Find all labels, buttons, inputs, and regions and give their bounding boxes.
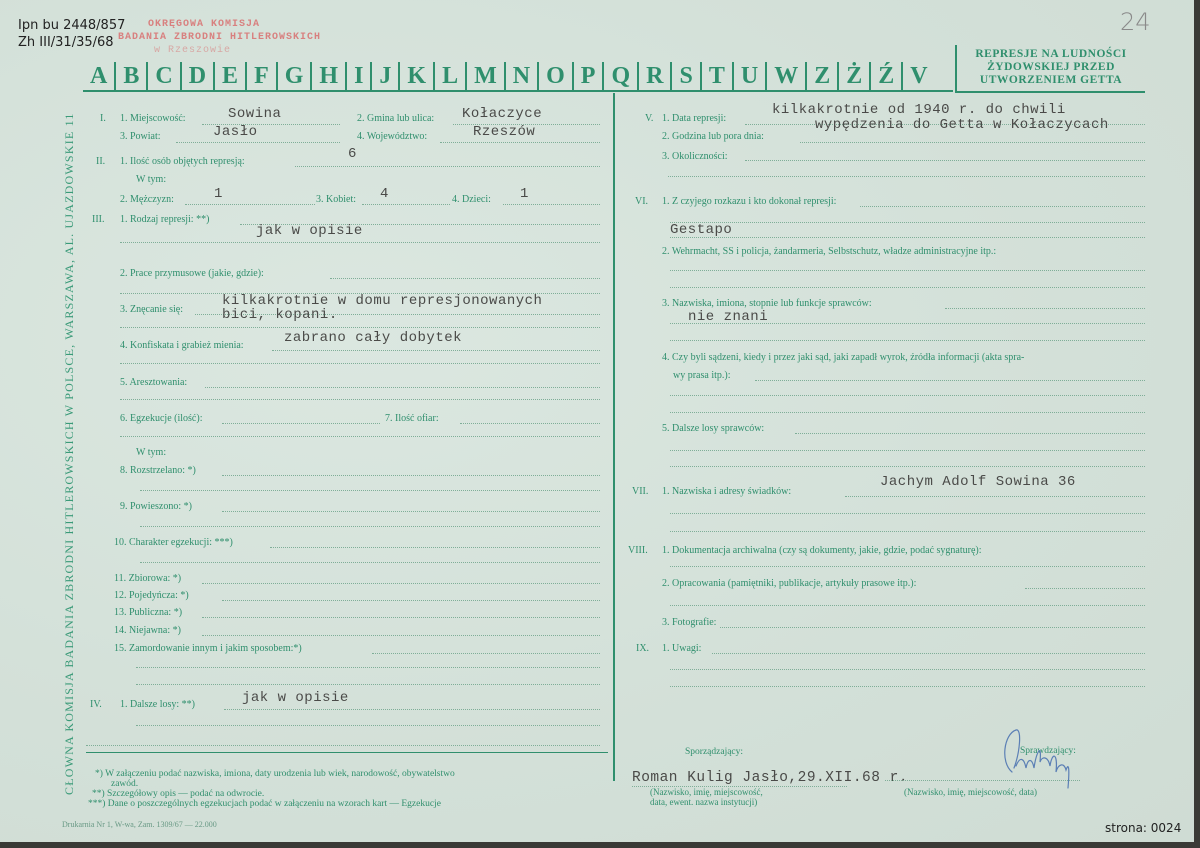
label-miejscowosc: 1. Miejscowość: bbox=[120, 113, 186, 124]
fill-line bbox=[745, 160, 1145, 161]
section-roman-v: V. bbox=[645, 113, 653, 124]
fill-line bbox=[120, 399, 600, 400]
field-kobiet[interactable]: 4 bbox=[380, 186, 389, 202]
hint-sporzadzajacy-2: data, ewent. nazwa instytucji) bbox=[650, 797, 757, 807]
fill-line bbox=[222, 423, 380, 424]
fill-line bbox=[1025, 588, 1145, 589]
section-roman-viii: VIII. bbox=[628, 545, 648, 556]
letter: L bbox=[435, 62, 467, 90]
label-powieszono: 9. Powieszono: *) bbox=[120, 501, 192, 512]
letter: U bbox=[734, 62, 767, 90]
fill-line bbox=[668, 176, 1145, 177]
fill-line bbox=[136, 684, 600, 685]
fill-line bbox=[945, 308, 1145, 309]
label-dalsze-losy: 1. Dalsze losy: **) bbox=[120, 699, 195, 710]
fill-line bbox=[670, 450, 1145, 451]
label-kobiet: 3. Kobiet: bbox=[316, 194, 356, 205]
archive-ids: Ipn bu 2448/857 Zh III/31/35/68 bbox=[18, 17, 125, 51]
letter: J bbox=[372, 62, 400, 90]
letter: N bbox=[506, 62, 539, 90]
label-w-tym-2: W tym: bbox=[136, 447, 166, 458]
letter: C bbox=[148, 62, 181, 90]
fill-line bbox=[845, 496, 1145, 497]
field-sporzadzajacy[interactable]: Roman Kulig Jasło,29.XII.68 r. bbox=[632, 770, 908, 786]
field-swiadkowie[interactable]: Jachym Adolf Sowina 36 bbox=[880, 474, 1076, 490]
label-sadzeni-2: wy prasa itp.): bbox=[673, 370, 731, 381]
section-roman-vi: VI. bbox=[635, 196, 648, 207]
label-dokumentacja: 1. Dokumentacja archiwalna (czy są dokum… bbox=[662, 545, 982, 556]
label-znecanie: 3. Znęcanie się: bbox=[120, 304, 183, 315]
letter: O bbox=[539, 62, 574, 90]
section-roman-ii: II. bbox=[96, 156, 105, 167]
letter: R bbox=[639, 62, 672, 90]
field-mezczyzn[interactable]: 1 bbox=[214, 186, 223, 202]
hint-sporzadzajacy-1: (Nazwisko, imię, miejscowość, bbox=[650, 787, 763, 797]
field-powiat[interactable]: Jasło bbox=[213, 124, 258, 140]
publisher-vertical-text: CŁOWNA KOMISJA BADANIA ZBRODNI HITLEROWS… bbox=[62, 95, 77, 795]
printer-info: Drukarnia Nr 1, W-wa, Zam. 1309/67 — 22.… bbox=[62, 820, 217, 829]
label-zbiorowa: 11. Zbiorowa: *) bbox=[114, 573, 181, 584]
label-zamordowanie: 15. Zamordowanie innym i jakim sposobem:… bbox=[114, 643, 302, 654]
letter: Q bbox=[604, 62, 639, 90]
letter: K bbox=[400, 62, 435, 90]
label-godzina: 2. Godzina lub pora dnia: bbox=[662, 131, 764, 142]
field-rodzaj-represji[interactable]: jak w opisie bbox=[256, 223, 363, 239]
label-ilosc-ofiar: 7. Ilość ofiar: bbox=[385, 413, 439, 424]
fill-line bbox=[795, 433, 1145, 434]
label-prace-przymusowe: 2. Prace przymusowe (jakie, gdzie): bbox=[120, 268, 264, 279]
section-rule bbox=[86, 752, 608, 753]
field-ilosc-osob[interactable]: 6 bbox=[348, 146, 357, 162]
title-line-1: REPRESJE NA LUDNOŚCI bbox=[957, 48, 1145, 61]
fill-line bbox=[670, 513, 1145, 514]
archive-id-2: Zh III/31/35/68 bbox=[18, 34, 125, 51]
fill-line bbox=[860, 206, 1145, 207]
letter: Ź bbox=[871, 62, 903, 90]
fill-line bbox=[222, 475, 600, 476]
label-dzieci: 4. Dzieci: bbox=[452, 194, 491, 205]
field-dalsze-losy[interactable]: jak w opisie bbox=[242, 690, 349, 706]
fill-line bbox=[670, 412, 1145, 413]
label-swiadkowie: 1. Nazwiska i adresy świadków: bbox=[662, 486, 791, 497]
letter: A bbox=[83, 62, 116, 90]
letter: Ż bbox=[839, 62, 871, 90]
label-konfiskata: 4. Konfiskata i grabież mienia: bbox=[120, 340, 244, 351]
fill-line bbox=[460, 423, 600, 424]
field-z-czyjego-rozkazu[interactable]: Gestapo bbox=[670, 222, 732, 238]
fill-line bbox=[202, 635, 600, 636]
letter: E bbox=[215, 62, 247, 90]
label-sporzadzajacy: Sporządzający: bbox=[685, 747, 743, 757]
label-w-tym: W tym: bbox=[136, 174, 166, 185]
field-godzina[interactable]: wypędzenia do Getta w Kołaczycach bbox=[815, 117, 1109, 133]
handwritten-page-number: 24 bbox=[1120, 8, 1151, 36]
fill-line bbox=[670, 669, 1145, 670]
fill-line bbox=[120, 327, 600, 328]
field-dzieci[interactable]: 1 bbox=[520, 186, 529, 202]
footnote-1: *) W załączeniu podać nazwiska, imiona, … bbox=[95, 769, 455, 779]
fill-line bbox=[140, 526, 600, 527]
label-opracowania: 2. Opracowania (pamiętniki, publikacje, … bbox=[662, 578, 916, 589]
handwritten-signature bbox=[990, 722, 1080, 792]
label-dalsze-losy-sprawcow: 5. Dalsze losy sprawców: bbox=[662, 423, 764, 434]
fill-line bbox=[136, 667, 600, 668]
title-line-2: ŻYDOWSKIEJ PRZED bbox=[957, 61, 1145, 74]
fill-line bbox=[185, 204, 315, 205]
fill-line bbox=[800, 142, 1145, 143]
section-roman-i: I. bbox=[100, 113, 106, 124]
label-ilosc-osob: 1. Ilość osób objętych represją: bbox=[120, 156, 245, 167]
section-roman-iv: IV. bbox=[90, 699, 102, 710]
fill-line bbox=[755, 380, 1145, 381]
fill-line bbox=[140, 490, 600, 491]
footnote-2: **) Szczegółowy opis — podać na odwrocie… bbox=[92, 789, 264, 799]
field-konfiskata[interactable]: zabrano cały dobytek bbox=[284, 330, 462, 346]
section-roman-iii: III. bbox=[92, 214, 105, 225]
label-powiat: 3. Powiat: bbox=[120, 131, 161, 142]
field-gmina[interactable]: Kołaczyce bbox=[462, 106, 542, 122]
letter: H bbox=[312, 62, 347, 90]
fill-line bbox=[440, 142, 600, 143]
fill-line bbox=[670, 686, 1145, 687]
fill-line bbox=[670, 222, 1145, 223]
fill-line bbox=[272, 350, 600, 351]
letter: T bbox=[702, 62, 734, 90]
label-publiczna: 13. Publiczna: *) bbox=[114, 607, 182, 618]
stamp-line-1: OKRĘGOWA KOMISJA bbox=[118, 18, 321, 31]
fill-line bbox=[295, 166, 600, 167]
form-title: REPRESJE NA LUDNOŚCI ŻYDOWSKIEJ PRZED UT… bbox=[955, 45, 1145, 93]
label-z-czyjego-rozkazu: 1. Z czyjego rozkazu i kto dokonał repre… bbox=[662, 196, 836, 207]
fill-line bbox=[712, 653, 1145, 654]
letter: P bbox=[574, 62, 605, 90]
fill-line bbox=[330, 278, 600, 279]
fill-line bbox=[670, 340, 1145, 341]
title-line-3: UTWORZENIEM GETTA bbox=[957, 74, 1145, 87]
fill-line bbox=[176, 142, 340, 143]
fill-line bbox=[136, 725, 600, 726]
stamp-line-3: w Rzeszowie bbox=[118, 44, 321, 57]
letter: V bbox=[903, 62, 934, 90]
letter: D bbox=[182, 62, 215, 90]
label-egzekucje: 6. Egzekucje (ilość): bbox=[120, 413, 202, 424]
footnote-1-cont: zawód. bbox=[111, 779, 138, 789]
label-nazwiska-sprawcow: 3. Nazwiska, imiona, stopnie lub funkcje… bbox=[662, 298, 872, 309]
letter: M bbox=[467, 62, 506, 90]
fill-line bbox=[140, 562, 600, 563]
archive-id-1: Ipn bu 2448/857 bbox=[18, 17, 125, 34]
fill-line bbox=[670, 566, 1145, 567]
fill-line bbox=[670, 531, 1145, 532]
label-data-represji: 1. Data represji: bbox=[662, 113, 726, 124]
field-data-represji[interactable]: kilkakrotnie od 1940 r. do chwili bbox=[772, 102, 1066, 118]
fill-line bbox=[670, 323, 1145, 324]
fill-line bbox=[120, 363, 600, 364]
label-wojewodztwo: 4. Województwo: bbox=[357, 131, 427, 142]
fill-line bbox=[362, 204, 450, 205]
fill-line bbox=[120, 436, 600, 437]
label-niejawna: 14. Niejawna: *) bbox=[114, 625, 181, 636]
label-sadzeni-1: 4. Czy byli sądzeni, kiedy i przez jaki … bbox=[662, 352, 1024, 363]
letter: B bbox=[116, 62, 148, 90]
alphabet-index: A B C D E F G H I J K L M N O P Q R S T … bbox=[83, 60, 953, 92]
label-okolicznosci: 3. Okoliczności: bbox=[662, 151, 728, 162]
fill-line bbox=[670, 287, 1145, 288]
letter: W bbox=[767, 62, 807, 90]
fill-line bbox=[670, 605, 1145, 606]
fill-line bbox=[503, 204, 600, 205]
letter: F bbox=[247, 62, 278, 90]
label-charakter-egzekucji: 10. Charakter egzekucji: ***) bbox=[114, 537, 233, 548]
label-gmina: 2. Gmina lub ulica: bbox=[357, 113, 434, 124]
letter: Z bbox=[807, 62, 839, 90]
footnote-3: ***) Dane o poszczególnych egzekucjach p… bbox=[88, 799, 441, 809]
fill-line bbox=[202, 583, 600, 584]
fill-line bbox=[202, 617, 600, 618]
document-page: Ipn bu 2448/857 Zh III/31/35/68 OKRĘGOWA… bbox=[0, 0, 1194, 842]
column-divider bbox=[613, 93, 615, 781]
label-pojedyncza: 12. Pojedyńcza: *) bbox=[114, 590, 189, 601]
letter: I bbox=[347, 62, 372, 90]
label-uwagi: 1. Uwagi: bbox=[662, 643, 701, 654]
letter: S bbox=[672, 62, 701, 90]
fill-line bbox=[670, 466, 1145, 467]
stamp-line-2: BADANIA ZBRODNI HITLEROWSKICH bbox=[118, 31, 321, 44]
label-aresztowania: 5. Aresztowania: bbox=[120, 377, 187, 388]
section-roman-ix: IX. bbox=[636, 643, 649, 654]
letter: G bbox=[278, 62, 313, 90]
commission-stamp: OKRĘGOWA KOMISJA BADANIA ZBRODNI HITLERO… bbox=[118, 18, 321, 57]
fill-line bbox=[670, 237, 1145, 238]
fill-line bbox=[270, 547, 600, 548]
fill-line bbox=[670, 270, 1145, 271]
fill-line bbox=[222, 600, 600, 601]
field-znecanie-line2[interactable]: bici, kopani. bbox=[222, 307, 338, 323]
label-fotografie: 3. Fotografie: bbox=[662, 617, 716, 628]
fill-line bbox=[670, 395, 1145, 396]
section-roman-vii: VII. bbox=[632, 486, 648, 497]
fill-line bbox=[222, 511, 600, 512]
page-label: strona: 0024 bbox=[1105, 821, 1181, 835]
fill-line bbox=[224, 709, 600, 710]
label-rodzaj-represji: 1. Rodzaj represji: **) bbox=[120, 214, 209, 225]
fill-line bbox=[120, 242, 600, 243]
label-mezczyzn: 2. Mężczyzn: bbox=[120, 194, 174, 205]
fill-line bbox=[720, 627, 1145, 628]
field-miejscowosc[interactable]: Sowina bbox=[228, 106, 281, 122]
fill-line bbox=[372, 653, 600, 654]
fill-line bbox=[86, 745, 600, 746]
label-rozstrzelano: 8. Rozstrzelano: *) bbox=[120, 465, 196, 476]
fill-line bbox=[205, 387, 600, 388]
label-wehrmacht: 2. Wehrmacht, SS i policja, żandarmeria,… bbox=[662, 246, 996, 257]
field-wojewodztwo[interactable]: Rzeszów bbox=[473, 124, 535, 140]
